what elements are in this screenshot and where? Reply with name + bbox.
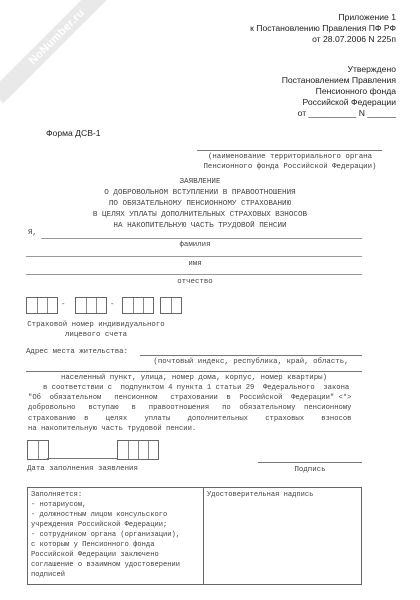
approved-line-4: Российской Федерации	[282, 97, 396, 108]
approved-line-3: Пенсионного фонда	[282, 86, 396, 97]
organ-caption: (наименование территориального органа Пе…	[190, 152, 390, 172]
statement-line-3: добровольно вступаю в правоотношения по …	[28, 403, 368, 413]
organ-caption-line-1: (наименование территориального органа	[190, 152, 390, 162]
certification-who-cell: Заполняется: - нотариусом, - должностным…	[28, 488, 204, 584]
signature-label: Подпись	[258, 465, 362, 475]
approved-line-1: Утверждено	[282, 64, 396, 75]
approved-block: Утверждено Постановлением Правления Пенс…	[282, 64, 396, 119]
snils-group-2[interactable]	[75, 297, 107, 314]
surname-field[interactable]	[41, 238, 362, 239]
signature-field[interactable]	[258, 462, 362, 463]
statement-line-4: страхованию в целях уплаты дополнительны…	[28, 414, 368, 424]
address-caption-2: населенный пункт, улица, номер дома, кор…	[26, 373, 362, 383]
title-line-5: НА НАКОПИТЕЛЬНУЮ ЧАСТЬ ТРУДОВОЙ ПЕНСИИ	[20, 221, 380, 232]
statement-line-1: в соответствии с подпунктом 4 пункта 1 с…	[28, 383, 368, 393]
patronymic-field[interactable]	[26, 274, 362, 275]
statement-line-5: на накопительную часть трудовой пенсии.	[28, 424, 368, 434]
surname-label: фамилия	[28, 240, 362, 250]
certification-inscription-label: Удостоверительная надпись	[204, 488, 361, 502]
patronymic-label: отчество	[28, 277, 362, 287]
document-title: ЗАЯВЛЕНИЕ О ДОБРОВОЛЬНОМ ВСТУПЛЕНИИ В ПР…	[20, 177, 380, 232]
form-name: Форма ДСВ-1	[46, 128, 101, 138]
certification-inscription-cell[interactable]: Удостоверительная надпись	[204, 488, 361, 584]
date-label: Дата заполнения заявления	[27, 464, 138, 474]
date-input	[0, 440, 420, 460]
date-year-boxes[interactable]	[117, 440, 159, 460]
appendix-line-1: Приложение 1	[250, 12, 396, 23]
approved-line-5: от __________ N ______	[282, 108, 396, 119]
snils-group-3[interactable]	[122, 297, 154, 314]
title-line-4: В ЦЕЛЯХ УПЛАТЫ ДОПОЛНИТЕЛЬНЫХ СТРАХОВЫХ …	[20, 210, 380, 221]
snils-label: Страховой номер индивидуального лицевого…	[26, 320, 166, 340]
approved-line-2: Постановлением Правления	[282, 75, 396, 86]
snils-label-line-1: Страховой номер индивидуального	[26, 320, 166, 330]
name-field[interactable]	[26, 256, 362, 257]
snils-group-1[interactable]	[26, 297, 58, 314]
ya-prefix: Я,	[28, 228, 37, 238]
appendix-header: Приложение 1 к Постановлению Правления П…	[250, 12, 396, 45]
date-day-boxes[interactable]	[27, 440, 49, 460]
organ-caption-line-2: Пенсионного фонда Российской Федерации)	[190, 162, 390, 172]
address-field-1[interactable]	[140, 355, 362, 356]
date-month-line[interactable]	[47, 458, 117, 459]
certification-table: Заполняется: - нотариусом, - должностным…	[27, 487, 362, 585]
organ-field-line[interactable]	[197, 150, 382, 151]
snils-dash-2: -	[110, 300, 114, 310]
appendix-line-3: от 28.07.2006 N 225п	[250, 34, 396, 45]
appendix-line-2: к Постановлению Правления ПФ РФ	[250, 23, 396, 34]
address-caption-1: (почтовый индекс, республика, край, обла…	[140, 357, 362, 367]
name-label: имя	[28, 259, 362, 269]
snils-label-line-2: лицевого счета	[26, 330, 166, 340]
statement-line-2: "Об обязательном пенсионном страховании …	[28, 393, 368, 403]
title-line-2: О ДОБРОВОЛЬНОМ ВСТУПЛЕНИИ В ПРАВООТНОШЕН…	[20, 188, 380, 199]
address-label: Адрес места жительства:	[26, 347, 128, 357]
watermark: NoNumber.ru	[0, 0, 123, 103]
snils-input: - -	[0, 297, 420, 314]
title-line-1: ЗАЯВЛЕНИЕ	[20, 177, 380, 188]
certification-who-text: Заполняется: - нотариусом, - должностным…	[28, 488, 203, 582]
title-line-3: ПО ОБЯЗАТЕЛЬНОМУ ПЕНСИОННОМУ СТРАХОВАНИЮ	[20, 199, 380, 210]
statement-paragraph: в соответствии с подпунктом 4 пункта 1 с…	[28, 383, 368, 434]
snils-dash-1: -	[61, 300, 65, 310]
snils-group-4[interactable]	[160, 297, 182, 314]
address-field-2[interactable]	[26, 371, 362, 372]
